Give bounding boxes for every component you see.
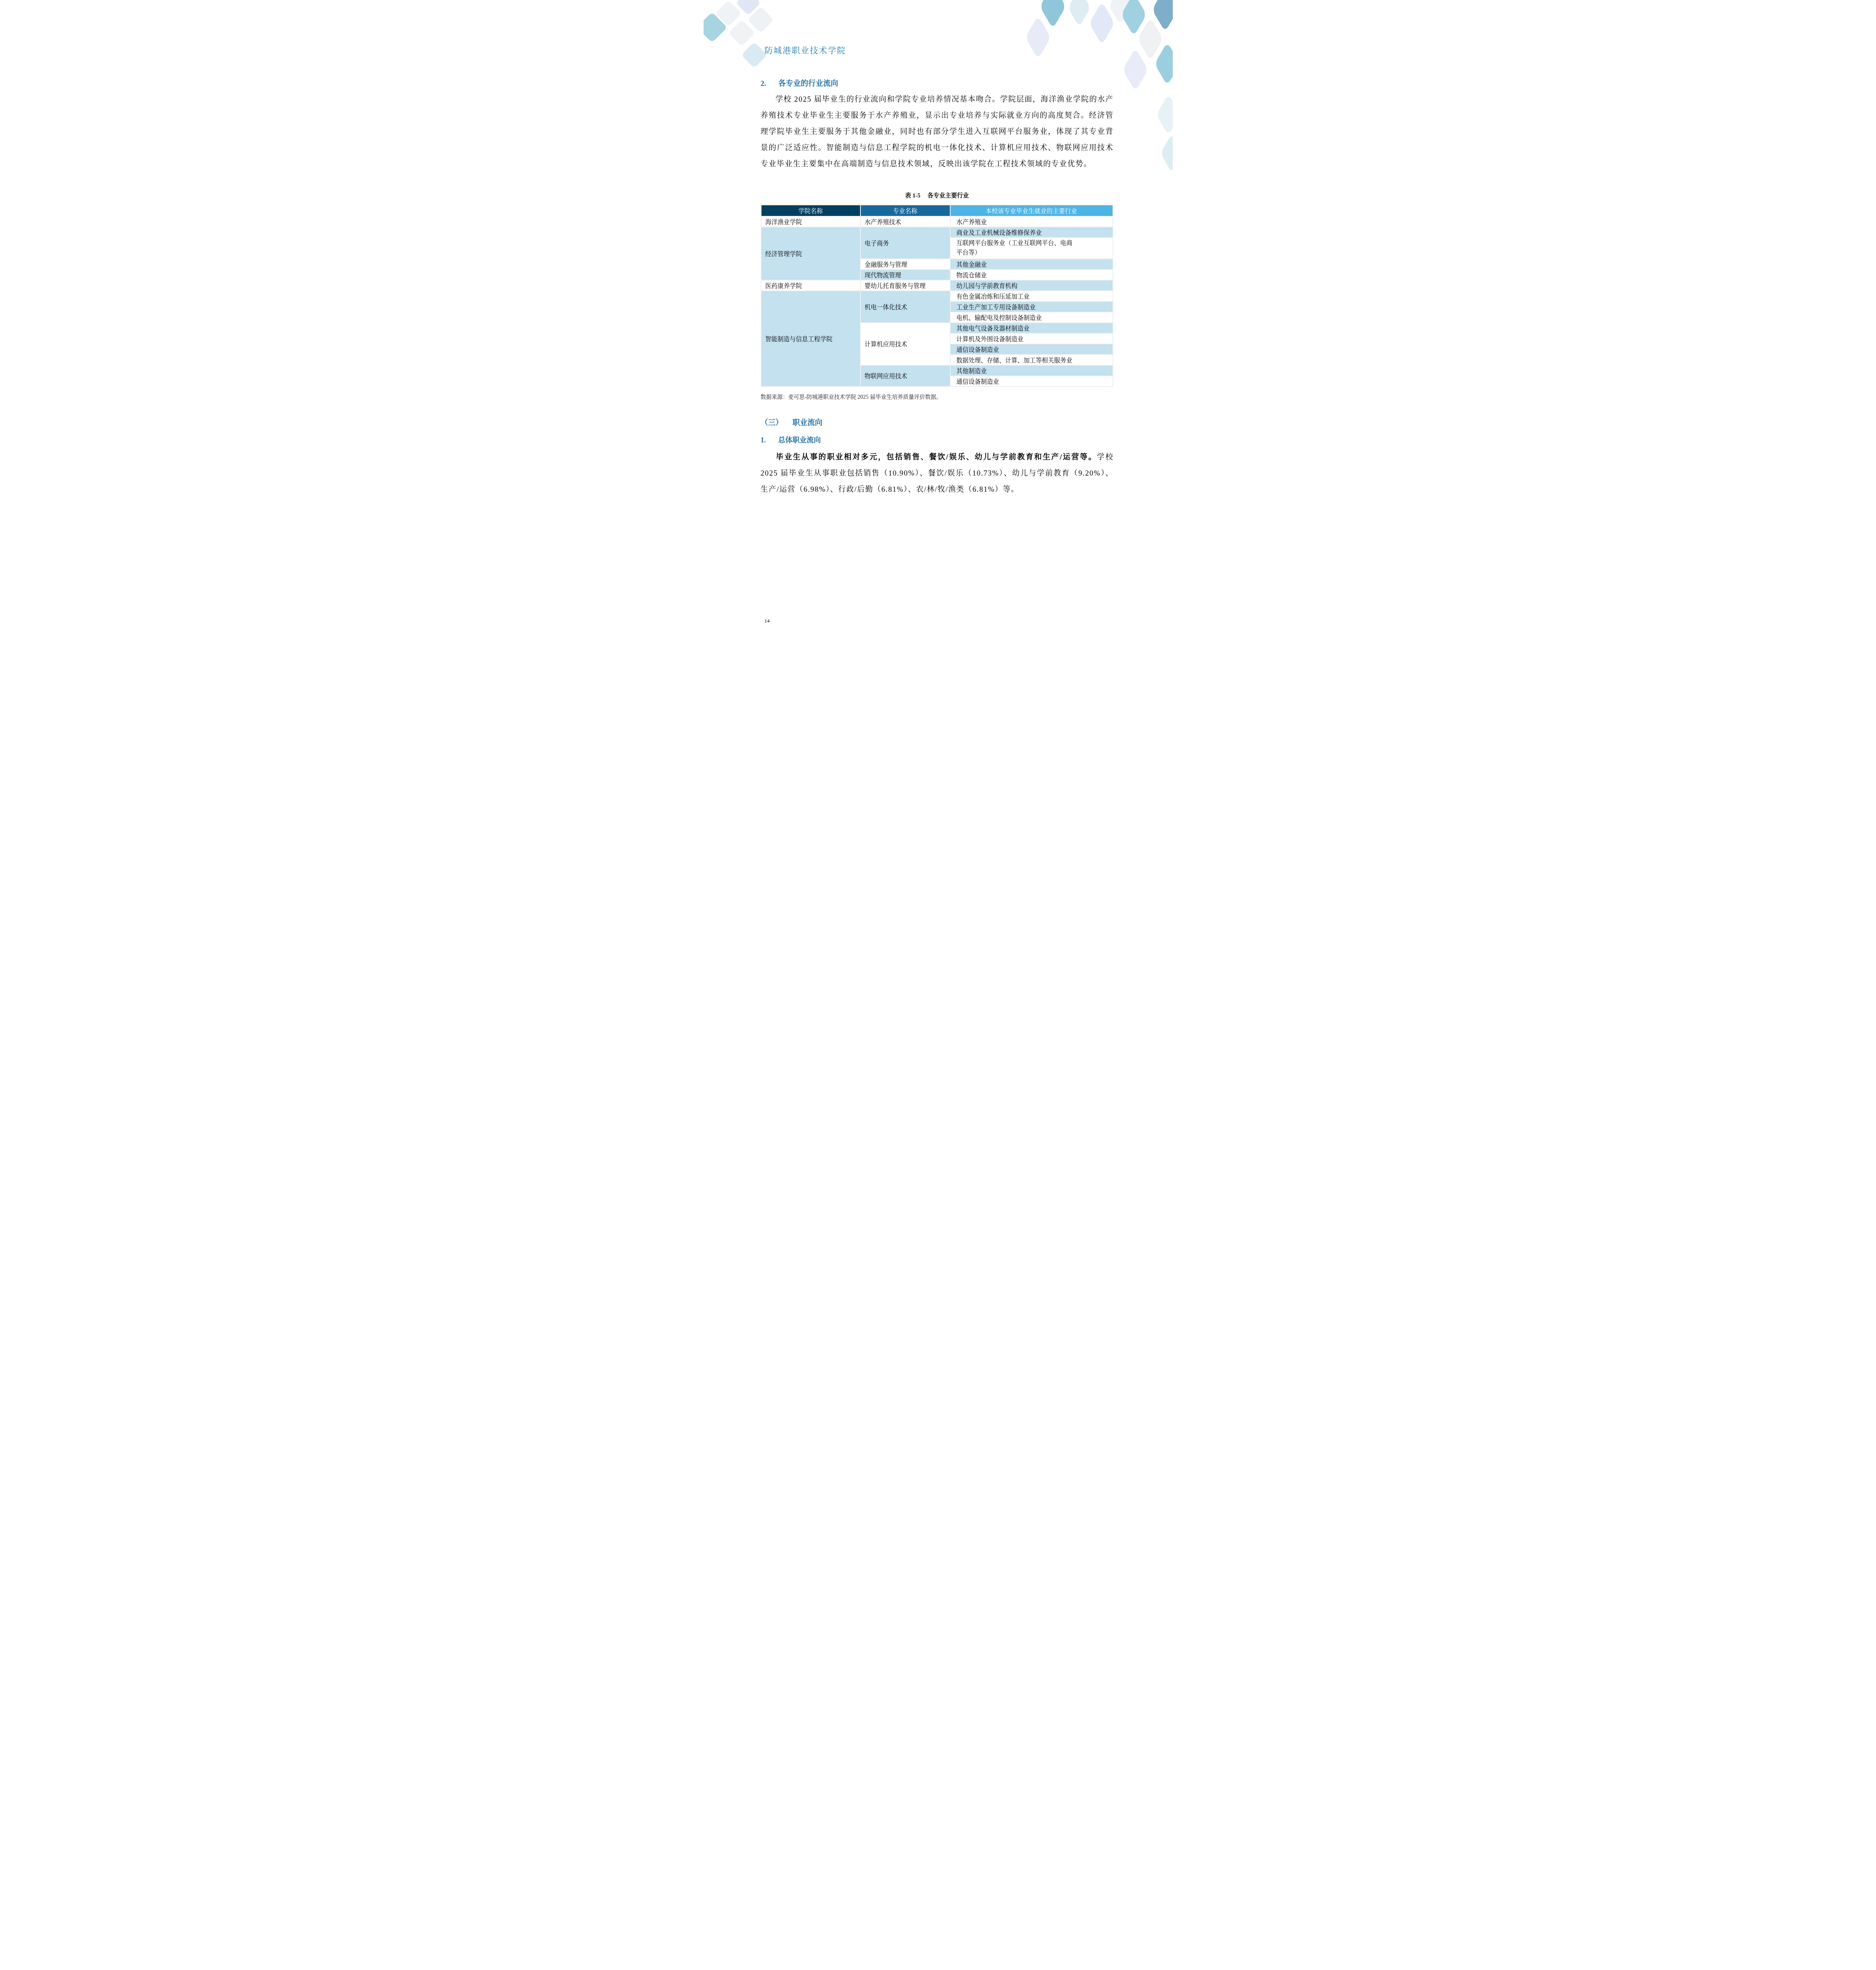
deco-square [747,6,774,33]
industry-cell: 数据处理、存储、计算、加工等相关服务业 [951,355,1113,365]
deco-diamond [1089,2,1114,45]
deco-diamond [1156,94,1172,136]
table-row: 智能制造与信息工程学院 机电一体化技术 有色金属冶炼和压延加工业 [762,291,1113,301]
table-row: 经济管理学院 电子商务 商业及工业机械设备维修保养业 [762,227,1113,237]
data-source-note: 数据来源：麦可思-防城港职业技术学院 2025 届毕业生培养质量评价数据。 [761,393,942,401]
deco-diamond [1154,42,1173,86]
paragraph-industry-flow: 学校 2025 届毕业生的行业流向和学院专业培养情况基本吻合。学院层面，海洋渔业… [761,91,1114,172]
major-cell: 机电一体化技术 [861,291,950,322]
page-header-college-name: 防城港职业技术学院 [765,44,846,56]
column-header-college: 学院名称 [762,205,860,216]
deco-diamond [1137,17,1163,61]
industry-cell: 幼儿园与学前教育机构 [951,281,1113,290]
deco-square [704,12,727,43]
major-cell: 电子商务 [861,227,950,258]
section-number: 2. [761,79,778,89]
deco-square [728,20,755,46]
industry-cell: 有色金属冶炼和压延加工业 [951,291,1113,301]
deco-diamond [1121,0,1146,36]
industry-cell: 互联网平台服务业（工业互联网平台、电商平台等） [951,238,1113,258]
deco-diamond [1122,48,1148,92]
column-header-industry: 本校该专业毕业生就业的主要行业 [951,205,1113,216]
college-cell: 医药康养学院 [762,281,860,290]
deco-diamond [1109,0,1131,25]
industry-text: 互联网平台服务业（工业互联网平台、电商平台等） [957,239,1075,258]
section-number: 1. [761,435,778,445]
major-cell: 现代物流管理 [861,270,950,280]
column-header-major: 专业名称 [861,205,950,216]
table-caption: 表 1-5各专业主要行业 [761,192,1114,200]
paragraph-occupation-flow: 毕业生从事的职业相对多元，包括销售、餐饮/娱乐、幼儿与学前教育和生产/运营等。学… [761,449,1114,498]
major-cell: 物联网应用技术 [861,366,950,386]
deco-diamond [1025,16,1051,59]
subsection-heading-overall-occupation-flow: 1.总体职业流向 [761,435,821,445]
industry-cell: 其他制造业 [951,366,1113,375]
deco-square [741,42,767,68]
paragraph-text: 学校 2025 届毕业生的行业流向和学院专业培养情况基本吻合。学院层面，海洋渔业… [761,95,1114,168]
section-heading-industry-flow: 2.各专业的行业流向 [761,79,838,89]
deco-diamond [1068,0,1090,27]
college-cell: 海洋渔业学院 [762,217,860,227]
deco-square [736,0,761,15]
industry-cell: 水产养殖业 [951,217,1113,227]
page-number: 14 [765,618,770,624]
college-cell: 智能制造与信息工程学院 [762,291,860,386]
industry-cell: 其他电气设备及器材制造业 [951,323,1113,333]
industry-cell: 物流仓储业 [951,270,1113,280]
section-number: （三） [761,418,783,428]
industry-cell: 通信设备制造业 [951,344,1113,354]
table-header-row: 学院名称 专业名称 本校该专业毕业生就业的主要行业 [762,205,1113,216]
industry-cell: 通信设备制造业 [951,376,1113,386]
industry-cell: 工业生产加工专用设备制造业 [951,302,1113,312]
section-heading-occupation-flow: （三）职业流向 [761,418,823,428]
major-cell: 金融服务与管理 [861,259,950,269]
table-caption-label: 表 1-5 [905,193,921,199]
majors-industries-table: 学院名称 专业名称 本校该专业毕业生就业的主要行业 海洋渔业学院 水产养殖技术 … [761,204,1113,387]
industry-cell: 其他金融业 [951,259,1113,269]
paragraph-lead-bold: 毕业生从事的职业相对多元，包括销售、餐饮/娱乐、幼儿与学前教育和生产/运营等。 [776,453,1097,461]
deco-diamond [1160,134,1173,173]
industry-cell: 计算机及外围设备制造业 [951,334,1113,344]
table-row: 海洋渔业学院 水产养殖技术 水产养殖业 [762,217,1113,227]
document-page: 防城港职业技术学院 2.各专业的行业流向 学校 2025 届毕业生的行业流向和学… [704,0,1173,663]
industry-cell: 商业及工业机械设备维修保养业 [951,227,1113,237]
deco-diamond [1152,0,1173,32]
major-cell: 计算机应用技术 [861,323,950,365]
table-row: 医药康养学院 婴幼儿托育服务与管理 幼儿园与学前教育机构 [762,281,1113,290]
section-title: 总体职业流向 [778,436,821,444]
major-cell: 婴幼儿托育服务与管理 [861,281,950,290]
deco-square [715,0,742,27]
major-cell: 水产养殖技术 [861,217,950,227]
section-title: 职业流向 [793,419,823,427]
deco-diamond [1040,0,1066,29]
college-cell: 经济管理学院 [762,227,860,280]
table-caption-title: 各专业主要行业 [927,193,969,199]
industry-cell: 电机、输配电及控制设备制造业 [951,312,1113,322]
section-title: 各专业的行业流向 [778,80,838,88]
